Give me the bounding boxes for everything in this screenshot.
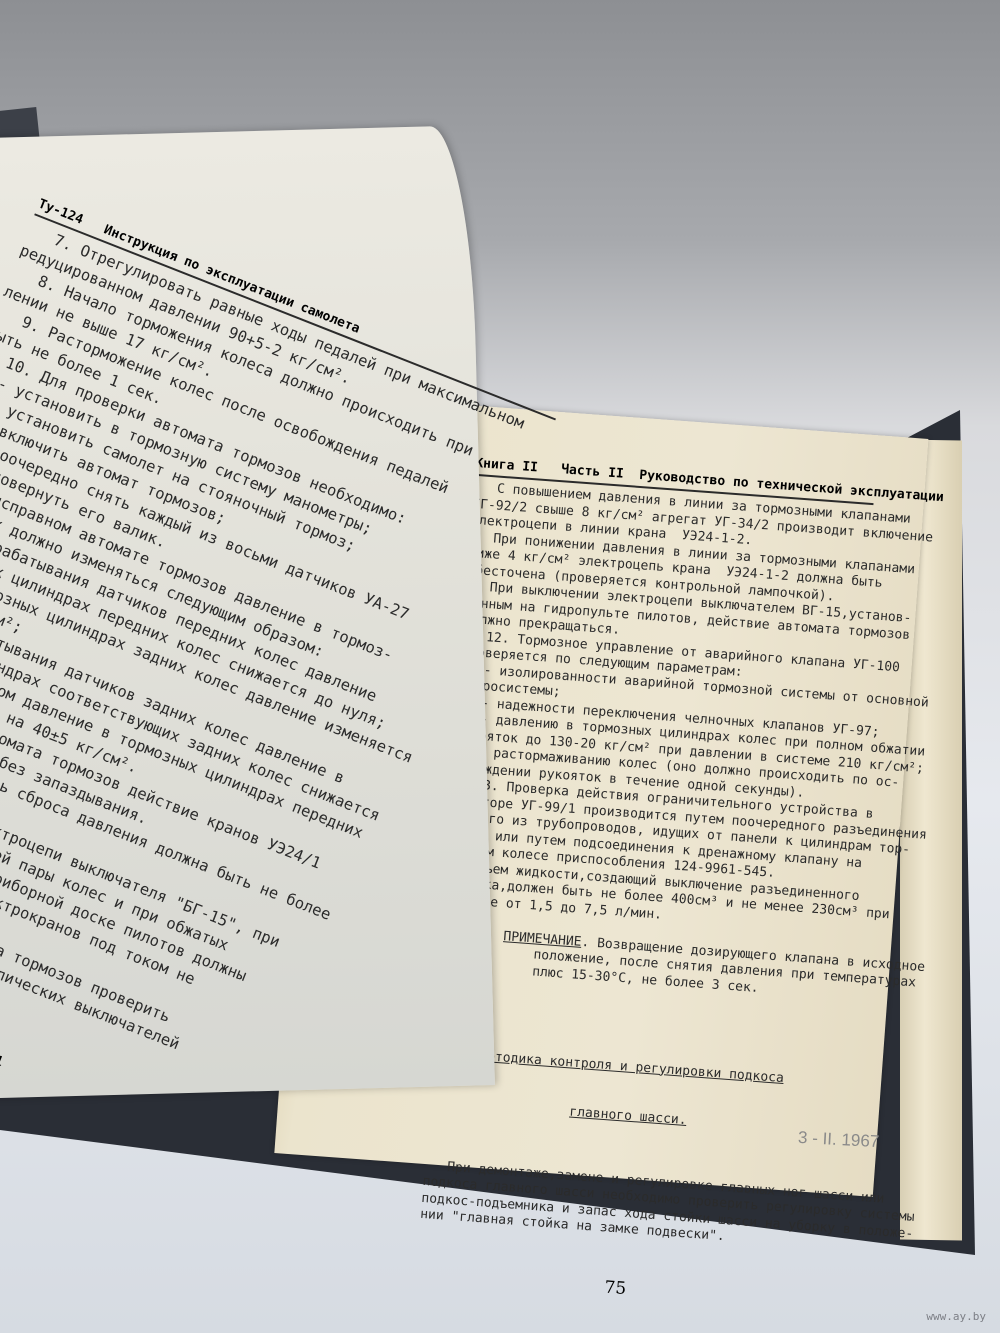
left-page: Ту-124 Инструкция по эксплуатации самоле… (0, 125, 495, 1099)
watermark: www.ay.by (926, 1310, 986, 1323)
section-body: При демонтаже,замене и регулировке главн… (420, 1157, 824, 1252)
date-stamp: 3 - II. 1967 (798, 1128, 880, 1152)
photo-scene: Книга II Часть II Руководство по техниче… (0, 0, 1000, 1333)
right-page-lines: С повышением давления в линии за тормозн… (443, 480, 873, 937)
left-page-lines: 7. Отрегулировать равные ходы педалей пр… (0, 219, 554, 1120)
page-number-75: 75 (415, 1263, 815, 1312)
left-page-text: Ту-124 Инструкция по эксплуатации самоле… (0, 197, 563, 1176)
